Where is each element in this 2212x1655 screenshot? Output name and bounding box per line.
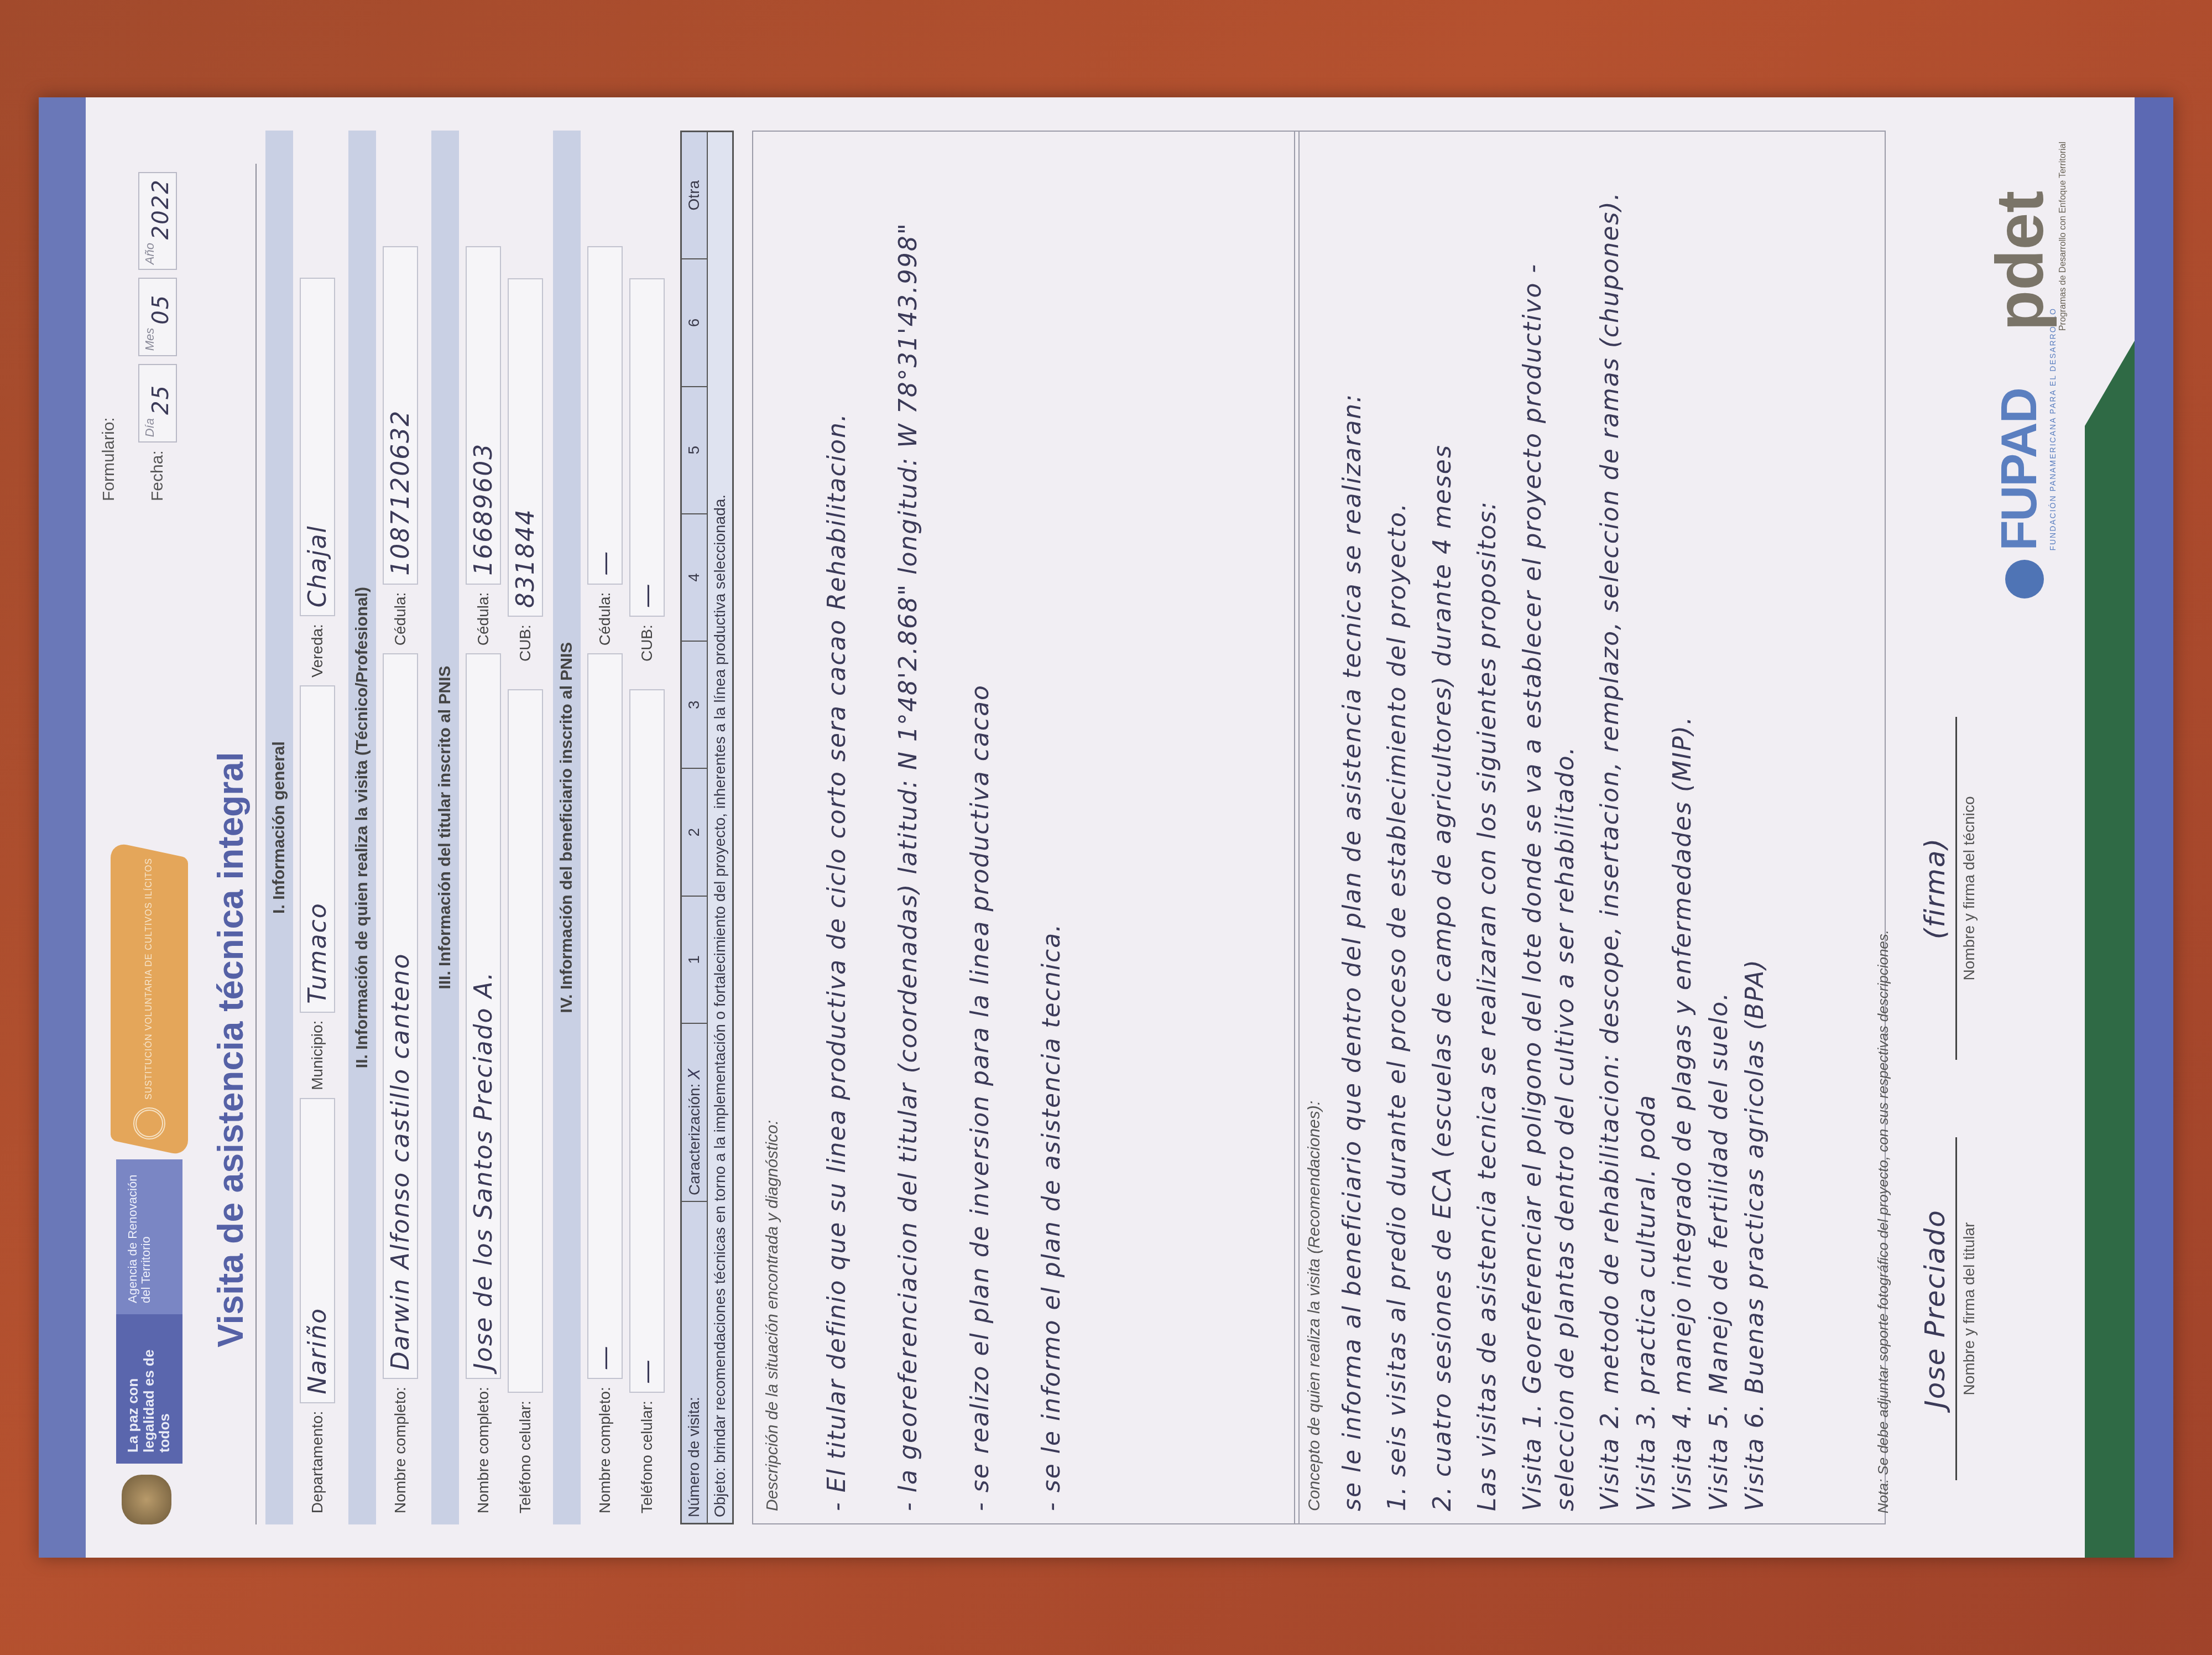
visit-column-3[interactable]: 3 [682, 641, 707, 768]
top-blue-band [39, 97, 86, 1558]
pdet-logo: pdet Programas de Desarrollo con Enfoque… [1982, 142, 2068, 331]
descripcion-line: - se le informo el plan de asistencia te… [1035, 144, 1068, 1511]
nombre-label: Nombre completo: [474, 1387, 492, 1513]
municipio-field[interactable]: Tumaco [300, 685, 335, 1013]
concepto-caption: Concepto de quien realiza la visita (Rec… [1305, 144, 1324, 1511]
section-informacion-general: I. Información general Departamento: Nar… [265, 131, 342, 1524]
concepto-line: Visita 3. practica cultural. poda [1630, 144, 1663, 1511]
concepto-box[interactable]: Concepto de quien realiza la visita (Rec… [1294, 131, 1886, 1524]
descripcion-line: - El titular definio que su linea produc… [821, 144, 853, 1511]
cedula-label: Cédula: [596, 592, 614, 646]
titular-telefono-field[interactable] [508, 689, 543, 1393]
concepto-line: se le informa al beneficiario que dentro… [1336, 144, 1369, 1511]
visit-column-7[interactable]: Otra [682, 132, 707, 258]
municipio-label: Municipio: [309, 1021, 326, 1090]
bottom-green-band [2085, 341, 2135, 1558]
concepto-line: Visita 4. manejo integrado de plagas y e… [1666, 144, 1699, 1511]
visit-number-row: Número de visita: Caracterización: X 123… [682, 132, 708, 1523]
concepto-lines: se le informa al beneficiario que dentro… [1336, 144, 1771, 1511]
titular-nombre-field[interactable]: Jose de los Santos Preciado A. [466, 653, 501, 1379]
objeto-text: Objeto: brindar recomendaciones técnicas… [708, 132, 732, 1523]
logo-art-agency: Agencia de Renovación del Territorio [116, 1159, 182, 1314]
cedula-label: Cédula: [392, 592, 409, 646]
visit-column-2[interactable]: 2 [682, 768, 707, 895]
titular-signature[interactable]: Jose Preciado Nombre y firma del titular [1919, 1137, 1978, 1480]
section-title: I. Información general [265, 131, 293, 1524]
tecnico-cedula-field[interactable]: 1087120632 [383, 246, 418, 585]
mes-field[interactable]: Mes05 [138, 278, 177, 356]
formulario-label: Formulario: [100, 417, 118, 501]
section-titular: III. Información del titular inscrito al… [431, 131, 550, 1524]
section-title: II. Información de quien realiza la visi… [348, 131, 376, 1524]
descripcion-caption: Descripción de la situación encontrada y… [763, 144, 782, 1511]
visit-column-4[interactable]: 4 [682, 513, 707, 641]
beneficiario-cedula-field[interactable]: — [587, 246, 623, 585]
section-title: III. Información del titular inscrito al… [431, 131, 459, 1524]
tecnico-nombre-field[interactable]: Darwin Alfonso castillo canteno [383, 653, 418, 1379]
titular-cedula-field[interactable]: 16689603 [466, 246, 501, 585]
caracterizacion-cell[interactable]: Caracterización: X [682, 1023, 707, 1201]
descripcion-line: - se realizo el plan de inversion para l… [964, 144, 997, 1511]
visit-column-5[interactable]: 5 [682, 386, 707, 513]
page-title: Visita de asistencia técnica integral [210, 752, 251, 1347]
colombia-coat-of-arms-icon [122, 1475, 171, 1524]
art-logo: La paz con legalidad es de todos Agencia… [116, 1159, 182, 1464]
concepto-line: Visita 6. Buenas practicas agricolas (BP… [1739, 144, 1771, 1511]
telefono-label: Teléfono celular: [517, 1401, 534, 1513]
anio-field[interactable]: Año2022 [138, 172, 177, 270]
concepto-line: Visita 1. Georeferenciar el poligono del… [1516, 144, 1582, 1511]
departamento-label: Departamento: [309, 1411, 326, 1513]
beneficiario-nombre-field[interactable]: — [587, 653, 623, 1379]
concepto-line: Visita 2. metodo de rehabilitacion: desc… [1594, 144, 1626, 1511]
concepto-line: 1. seis visitas al predio durante el pro… [1381, 144, 1413, 1511]
globe-icon [2005, 560, 2044, 598]
concepto-line: 2. cuatro sesiones de ECA (escuelas de c… [1426, 144, 1459, 1511]
numero-visita-label: Número de visita: [682, 1201, 707, 1523]
cub-label: CUB: [638, 624, 656, 662]
section-title: IV. Información del beneficiario inscrit… [553, 131, 581, 1524]
beneficiario-telefono-field[interactable]: — [629, 689, 665, 1393]
section-tecnico: II. Información de quien realiza la visi… [348, 131, 425, 1524]
descripcion-box[interactable]: Descripción de la situación encontrada y… [752, 131, 1300, 1524]
nombre-label: Nombre completo: [392, 1387, 409, 1513]
caracterizacion-mark: X [685, 1068, 703, 1079]
cedula-label: Cédula: [474, 592, 492, 646]
descripcion-lines: - El titular definio que su linea produc… [821, 144, 1068, 1511]
logo-paz-legalidad: La paz con legalidad es de todos [116, 1314, 182, 1464]
vereda-field[interactable]: Chajal [300, 278, 335, 616]
dia-field[interactable]: Día25 [138, 364, 177, 443]
section-beneficiario: IV. Información del beneficiario inscrit… [553, 131, 671, 1524]
beneficiario-cub-field[interactable]: — [629, 278, 665, 617]
paper-form: La paz con legalidad es de todos Agencia… [39, 97, 2173, 1558]
tecnico-signature[interactable]: (firma) Nombre y firma del técnico [1919, 717, 1978, 1060]
titular-cub-field[interactable]: 831844 [508, 278, 543, 617]
telefono-label: Teléfono celular: [638, 1401, 656, 1513]
visit-number-table: Número de visita: Caracterización: X 123… [680, 131, 734, 1524]
vereda-label: Vereda: [309, 624, 326, 678]
cub-label: CUB: [517, 624, 534, 662]
concepto-line: Visita 5. Manejo de fertilidad del suelo… [1703, 144, 1735, 1511]
swirl-icon [133, 1107, 165, 1139]
concepto-line: Las visitas de asistencia tecnica se rea… [1471, 144, 1504, 1511]
nombre-label: Nombre completo: [596, 1387, 614, 1513]
fupad-logo: FUPADFUNDACIÓN PANAMERICANA PARA EL DESA… [1991, 308, 2057, 598]
fecha-label: Fecha: [148, 450, 167, 501]
divider [255, 164, 257, 1524]
visit-column-1[interactable]: 1 [682, 896, 707, 1023]
pnis-logo: SUSTITUCIÓN VOLUNTARIA DE CULTIVOS ILÍCI… [111, 841, 188, 1157]
nota-text: Nota: Se debe adjuntar soporte fotográfi… [1875, 930, 1892, 1513]
descripcion-line: - la georeferenciacion del titular (coor… [892, 144, 925, 1511]
bottom-blue-band [2135, 97, 2173, 1558]
visit-column-6[interactable]: 6 [682, 258, 707, 386]
fecha-group: Fecha: Día25 Mes05 Año2022 [138, 172, 177, 501]
departamento-field[interactable]: Nariño [300, 1098, 335, 1403]
form-header: La paz con legalidad es de todos Agencia… [100, 131, 243, 1524]
